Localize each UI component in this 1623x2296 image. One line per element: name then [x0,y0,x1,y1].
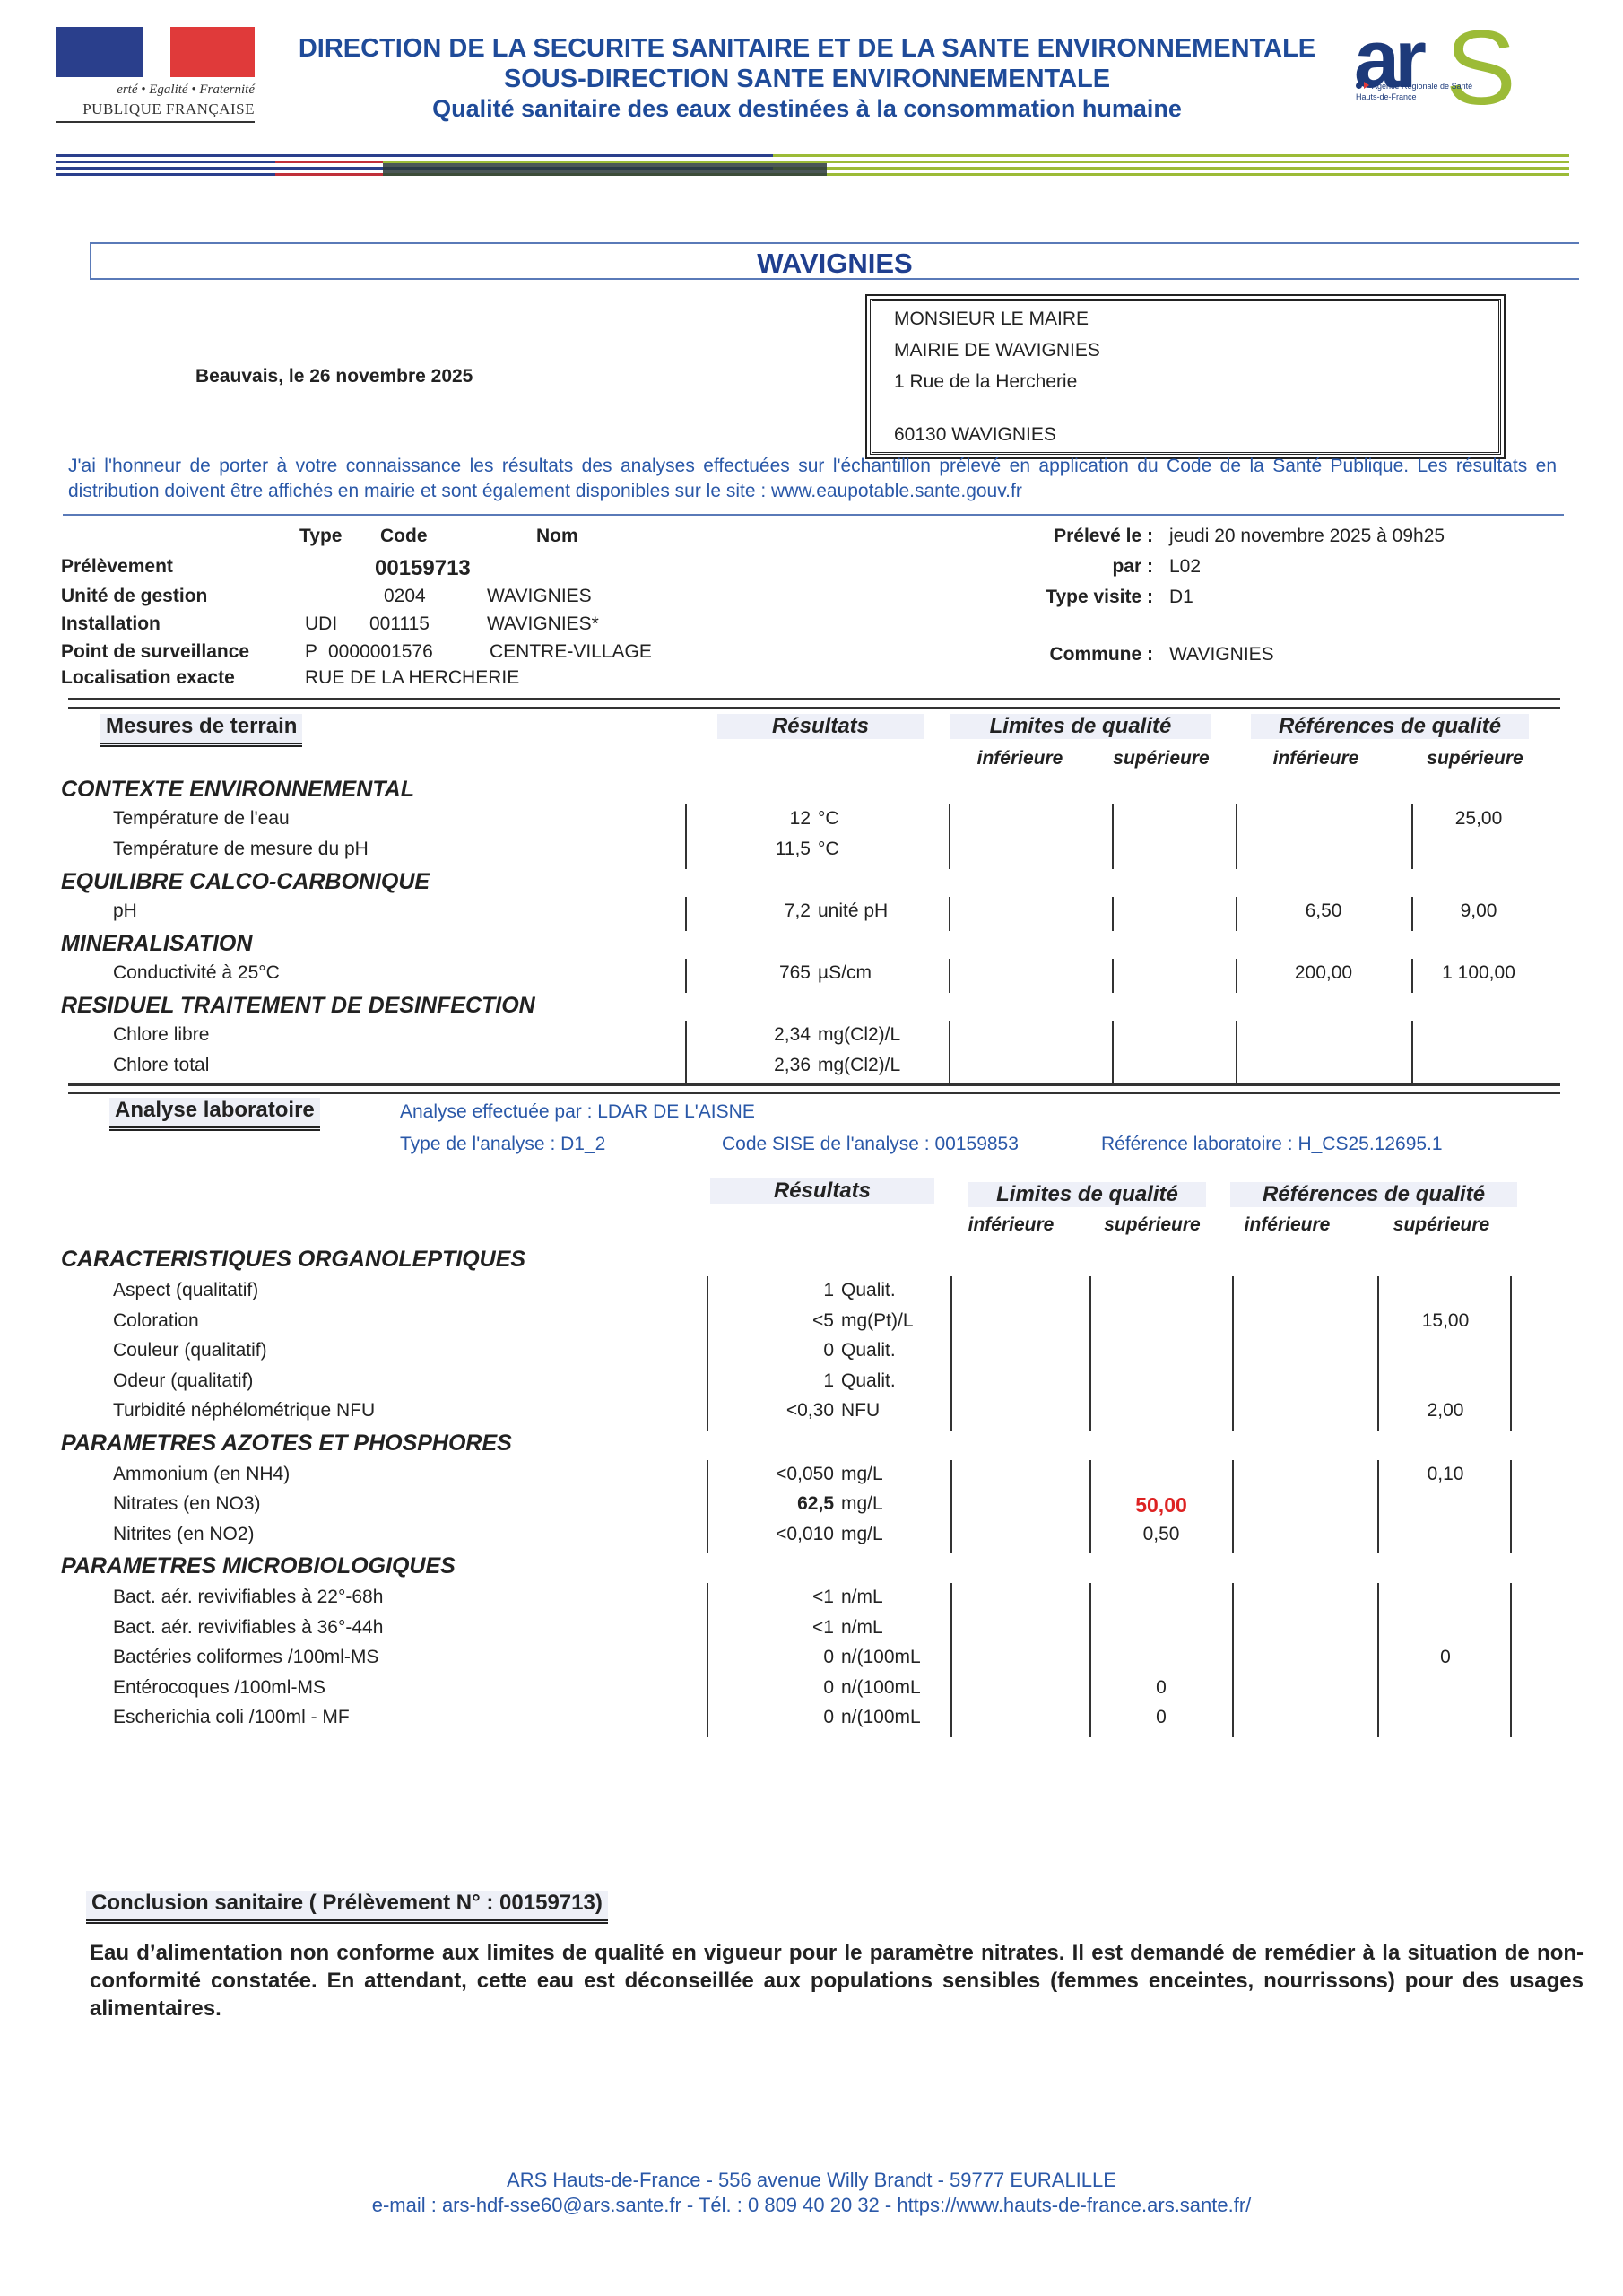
column-divider [1510,1583,1512,1737]
result-value: 765 [717,962,811,984]
column-divider [1089,1583,1091,1737]
col-limite-sup: supérieure [1089,1214,1215,1236]
column-divider [1089,1276,1091,1431]
result-value: 1 [717,1370,834,1392]
conclusion-text: Eau d’alimentation non conforme aux limi… [90,1939,1584,2022]
result-unit: mg(Pt)/L [841,1310,914,1332]
type-visite-value: D1 [1169,587,1193,608]
result-value: 11,5 [717,839,811,860]
column-divider [1089,1460,1091,1554]
column-divider [685,897,687,931]
result-unit: Qualit. [841,1370,896,1392]
result-value: <0,010 [717,1524,834,1545]
column-divider [949,897,950,931]
col-type-header: Type [299,526,342,547]
lab-reference: Référence laboratoire : H_CS25.12695.1 [1101,1134,1443,1155]
col-references: Références de qualité [1251,714,1529,739]
column-divider [1236,959,1237,993]
result-unit: µS/cm [818,962,872,984]
identity-label: Unité de gestion [61,586,207,607]
identity-code: 00159713 [375,556,471,581]
column-divider [1232,1583,1234,1737]
limit-superieure: 0 [1090,1677,1232,1699]
dot-icon [1356,83,1362,89]
terrain-section-title: Mesures de terrain [100,714,302,747]
republique-francaise-logo: erté • Egalité • Fraternité PUBLIQUE FRA… [56,27,255,126]
parameter-name: Température de l'eau [113,808,290,830]
identity-type: UDI [305,613,337,635]
divider [63,514,1564,516]
commune-title-box: WAVIGNIES [90,242,1579,280]
limit-superieure: 0 [1090,1707,1232,1728]
result-unit: NFU [841,1400,880,1422]
republic-name: PUBLIQUE FRANÇAISE [56,100,255,123]
limit-superieure: 0,50 [1090,1524,1232,1545]
preleve-le-value: jeudi 20 novembre 2025 à 09h25 [1169,526,1445,547]
identity-nom: WAVIGNIES [487,586,592,607]
parameter-group-title: RESIDUEL TRAITEMENT DE DESINFECTION [61,993,535,1019]
lab-section-title: Analyse laboratoire [109,1098,320,1131]
col-limites: Limites de qualité [950,714,1211,739]
parameter-name: pH [113,900,137,922]
ars-logo: ar S Agence Régionale de Santé Hauts-de-… [1354,27,1533,126]
column-divider [1112,897,1114,931]
result-unit: n/(100mL [841,1707,921,1728]
reference-inferieure: 200,00 [1236,962,1411,984]
identity-code: 0204 [384,586,426,607]
column-divider [685,959,687,993]
column-divider [1236,1021,1237,1085]
result-unit: n/(100mL [841,1647,921,1668]
republic-motto: erté • Egalité • Fraternité [56,83,255,98]
parameter-name: Turbidité néphélométrique NFU [113,1400,375,1422]
marianne-flag-icon [56,27,255,77]
result-unit: mg(Cl2)/L [818,1055,900,1076]
recipient-line1: MONSIEUR LE MAIRE [894,309,1089,330]
result-value: 62,5 [717,1493,834,1515]
identity-type: P [305,641,317,663]
column-divider [685,804,687,869]
parameter-name: Conductivité à 25°C [113,962,280,984]
ars-s-mark: S [1445,7,1516,129]
identity-label: Localisation exacte [61,667,235,689]
par-label: par : [897,556,1153,578]
parameter-name: Entérocoques /100ml-MS [113,1677,325,1699]
result-unit: unité pH [818,900,888,922]
parameter-group-title: CARACTERISTIQUES ORGANOLEPTIQUES [61,1247,525,1273]
result-value: 12 [717,808,811,830]
identity-label: Prélèvement [61,556,173,578]
col-ref-inf: inférieure [1251,748,1381,770]
result-value: <1 [717,1587,834,1608]
parameter-name: Nitrates (en NO3) [113,1493,261,1515]
recipient-line2: MAIRIE DE WAVIGNIES [894,340,1100,361]
recipient-line4: 60130 WAVIGNIES [894,424,1056,446]
parameter-group-title: CONTEXTE ENVIRONNEMENTAL [61,777,414,803]
arrow-icon [1364,82,1369,89]
commune-title: WAVIGNIES [91,248,1579,280]
col-ref-sup: supérieure [1408,748,1542,770]
result-unit: n/mL [841,1587,883,1608]
result-unit: °C [818,839,839,860]
parameter-name: Nitrites (en NO2) [113,1524,255,1545]
result-value: <0,30 [717,1400,834,1422]
header-title-line2: SOUS-DIRECTION SANTE ENVIRONNEMENTALE [260,65,1354,94]
type-visite-label: Type visite : [897,587,1153,608]
col-ref-inf: inférieure [1231,1214,1343,1236]
column-divider [707,1583,708,1737]
result-unit: n/mL [841,1617,883,1639]
result-value: 0 [717,1647,834,1668]
conclusion-title: Conclusion sanitaire ( Prélèvement N° : … [86,1891,608,1924]
header-title-line3: Qualité sanitaire des eaux destinées à l… [260,95,1354,123]
column-divider [949,959,950,993]
identity-nom: CENTRE-VILLAGE [490,641,652,663]
col-references: Références de qualité [1230,1182,1517,1207]
result-value: 7,2 [717,900,811,922]
parameter-name: Odeur (qualitatif) [113,1370,253,1392]
col-resultats: Résultats [717,714,924,739]
column-divider [1236,897,1237,931]
recipient-address-box: MONSIEUR LE MAIRE MAIRIE DE WAVIGNIES 1 … [870,299,1501,455]
column-divider [1232,1276,1234,1431]
parameter-name: Chlore libre [113,1024,209,1046]
reference-inferieure: 6,50 [1236,900,1411,922]
col-ref-sup: supérieure [1376,1214,1506,1236]
identity-label: Point de surveillance [61,641,249,663]
parameter-name: Bact. aér. revivifiables à 36°-44h [113,1617,383,1639]
par-value: L02 [1169,556,1201,578]
commune-label: Commune : [897,644,1153,665]
identity-code: 001115 [369,613,430,635]
parameter-name: Coloration [113,1310,199,1332]
column-divider [1411,804,1413,869]
result-value: 0 [717,1707,834,1728]
reference-superieure: 9,00 [1411,900,1546,922]
reference-superieure: 2,00 [1377,1400,1514,1422]
intro-paragraph: J'ai l'honneur de porter à votre connais… [68,454,1557,504]
column-divider [950,1583,952,1737]
ars-agency: Agence Régionale de Santé [1372,82,1472,91]
result-value: <1 [717,1617,834,1639]
result-value: 0 [717,1677,834,1699]
column-divider [1232,1460,1234,1554]
result-value: <5 [717,1310,834,1332]
reference-superieure: 15,00 [1377,1310,1514,1332]
parameter-name: Bact. aér. revivifiables à 22°-68h [113,1587,383,1608]
reference-superieure: 0,10 [1377,1464,1514,1485]
lab-code-sise: Code SISE de l'analyse : 00159853 [722,1134,1019,1155]
reference-superieure: 0 [1377,1647,1514,1668]
col-limite-inf: inférieure [955,1214,1067,1236]
parameter-group-title: EQUILIBRE CALCO-CARBONIQUE [61,869,430,895]
column-divider [1112,804,1114,869]
result-unit: n/(100mL [841,1677,921,1699]
column-divider [950,1460,952,1554]
column-divider [1510,1460,1512,1554]
date-line: Beauvais, le 26 novembre 2025 [195,366,473,387]
commune-value: WAVIGNIES [1169,644,1274,665]
lab-type-analyse: Type de l'analyse : D1_2 [400,1134,605,1155]
result-unit: mg(Cl2)/L [818,1024,900,1046]
result-value: 0 [717,1340,834,1361]
column-divider [1411,959,1413,993]
column-divider [707,1460,708,1554]
column-divider [950,1276,952,1431]
identity-nom: WAVIGNIES* [487,613,599,635]
parameter-group-title: MINERALISATION [61,931,252,957]
parameter-group-title: PARAMETRES AZOTES ET PHOSPHORES [61,1431,512,1457]
result-unit: °C [818,808,839,830]
parameter-name: Aspect (qualitatif) [113,1280,258,1301]
footer-address: ARS Hauts-de-France - 556 avenue Willy B… [0,2169,1623,2192]
parameter-name: Ammonium (en NH4) [113,1464,290,1485]
result-unit: mg/L [841,1524,883,1545]
column-divider [1510,1276,1512,1431]
column-divider [707,1276,708,1431]
result-unit: Qualit. [841,1280,896,1301]
parameter-name: Escherichia coli /100ml - MF [113,1707,350,1728]
result-value: 2,34 [717,1024,811,1046]
reference-superieure: 1 100,00 [1411,962,1546,984]
result-value: 2,36 [717,1055,811,1076]
result-value: <0,050 [717,1464,834,1485]
result-unit: Qualit. [841,1340,896,1361]
preleve-le-label: Prélevé le : [897,526,1153,547]
column-divider [1112,959,1114,993]
parameter-group-title: PARAMETRES MICROBIOLOGIQUES [61,1553,456,1579]
result-unit: mg/L [841,1493,883,1515]
parameter-name: Température de mesure du pH [113,839,369,860]
column-divider [1377,1460,1379,1554]
column-divider [1377,1583,1379,1737]
section-rule [68,698,1560,709]
column-divider [1112,1021,1114,1085]
column-divider [1377,1276,1379,1431]
col-limite-sup: supérieure [1098,748,1224,770]
result-value: 1 [717,1280,834,1301]
column-divider [1236,804,1237,869]
lab-effectuee-par: Analyse effectuée par : LDAR DE L'AISNE [400,1101,755,1123]
parameter-name: Bactéries coliformes /100ml-MS [113,1647,378,1668]
column-divider [949,1021,950,1085]
col-resultats: Résultats [710,1178,934,1204]
identity-code: 0000001576 [328,641,433,663]
column-divider [1411,897,1413,931]
reference-superieure: 25,00 [1411,808,1546,830]
column-divider [949,804,950,869]
parameter-name: Chlore total [113,1055,209,1076]
limit-superieure: 50,00 [1090,1493,1232,1518]
column-divider [685,1021,687,1085]
identity-label: Installation [61,613,161,635]
recipient-line3: 1 Rue de la Hercherie [894,371,1077,393]
col-limites: Limites de qualité [968,1182,1206,1207]
result-unit: mg/L [841,1464,883,1485]
col-nom-header: Nom [536,526,578,547]
footer-contact: e-mail : ars-hdf-sse60@ars.sante.fr - Té… [0,2194,1623,2217]
ars-region: Hauts-de-France [1356,92,1417,101]
col-code-header: Code [380,526,428,547]
header-title-line1: DIRECTION DE LA SECURITE SANITAIRE ET DE… [260,34,1354,64]
parameter-name: Couleur (qualitatif) [113,1340,267,1361]
col-limite-inf: inférieure [959,748,1081,770]
section-rule [68,1083,1560,1094]
column-divider [1411,1021,1413,1085]
header-stripes [56,154,1569,181]
identity-code: RUE DE LA HERCHERIE [305,667,519,689]
